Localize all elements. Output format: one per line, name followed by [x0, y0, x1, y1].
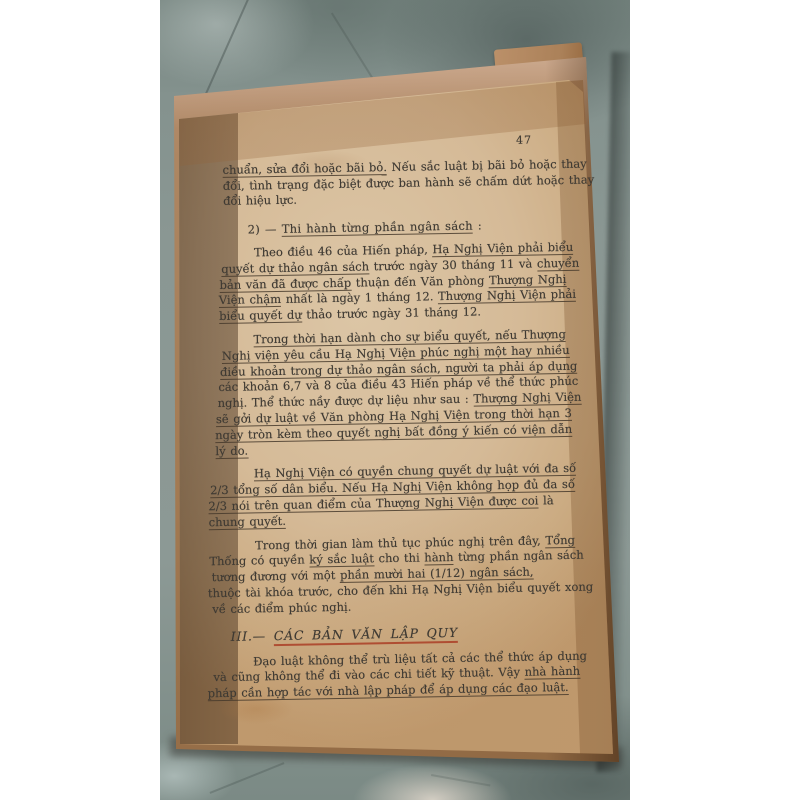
text-segment: Theo điều 46 của Hiến pháp, — [254, 242, 433, 259]
underlined-text: Thượng Nghị Viện — [473, 390, 581, 407]
page-number: 47 — [516, 132, 558, 149]
underlined-text: chung quyết. — [209, 514, 287, 530]
underlined-text: quyết dự thảo ngân sách — [221, 259, 369, 277]
text-segment: Nếu sắc luật bị bãi bỏ hoặc thay — [387, 156, 587, 173]
underlined-text: Thượng Nghị — [489, 272, 567, 288]
stone-crack — [431, 774, 490, 786]
text-line: III.— CÁC BẢN VĂN LẬP QUY — [231, 623, 567, 645]
underlined-text: hành — [424, 550, 453, 566]
text-segment: 2) — — [248, 222, 282, 237]
paragraph: Trong thời hạn dành cho sự biểu quyết, n… — [225, 327, 563, 459]
underlined-text: lý do. — [215, 443, 248, 459]
text-segment: III.— — [231, 628, 274, 644]
paragraph: Trong thời gian làm thủ tục phúc nghị tr… — [229, 533, 566, 618]
underlined-text: chuyển — [537, 256, 579, 272]
underlined-text: biểu quyết dự — [219, 308, 302, 324]
text-segment: Thống có quyền — [209, 553, 309, 569]
underlined-text: Hạ Nghị Viện phải biểu — [432, 240, 573, 257]
photo-of-book-on-stone: 47 chuẩn, sửa đổi hoặc bãi bỏ. Nếu sắc l… — [160, 0, 630, 800]
text-segment: là — [538, 493, 553, 507]
white-matte-right — [630, 0, 800, 800]
text-block: 47 chuẩn, sửa đổi hoặc bãi bỏ. Nếu sắc l… — [222, 132, 568, 702]
paragraph: III.— CÁC BẢN VĂN LẬP QUY — [231, 623, 567, 648]
underlined-text: Tổng — [545, 532, 575, 548]
paragraph: 2) — Thi hành từng phần ngân sách : — [224, 217, 560, 239]
underlined-text: CÁC BẢN VĂN LẬP QUY — [274, 624, 458, 646]
underlined-text: Thượng Nghị Viện phải — [438, 287, 576, 304]
text-segment: về các điểm phúc nghị. — [212, 599, 351, 615]
paragraph: Hạ Nghị Viện có quyền chung quyết dự luậ… — [228, 461, 565, 530]
underlined-text: nhà hành — [525, 664, 581, 680]
paragraph: Đạo luật không thể trù liệu tất cả các t… — [231, 649, 568, 702]
underlined-text: Thi hành từng phần ngân sách — [282, 219, 473, 237]
text-segment: trước ngày 30 tháng 11 và — [369, 256, 537, 273]
underlined-text: Viện chậm — [219, 292, 282, 308]
text-segment: tương đương với một — [212, 568, 341, 584]
paragraph: Theo điều 46 của Hiến pháp, Hạ Nghị Viện… — [224, 240, 561, 325]
paragraph: chuẩn, sửa đổi hoặc bãi bỏ. Nếu sắc luật… — [222, 157, 559, 210]
text-segment: thuận đến Văn phòng — [351, 273, 489, 289]
white-matte-left — [0, 0, 160, 800]
underlined-text: chuẩn, sửa đổi hoặc bãi bỏ. — [222, 160, 387, 178]
underlined-text: bản văn đã được chấp — [219, 275, 351, 292]
text-line: 2) — Thi hành từng phần ngân sách : — [248, 217, 560, 238]
text-segment: : — [473, 219, 482, 233]
stone-crack — [210, 762, 285, 794]
text-segment: từng phần ngân sách — [453, 548, 584, 564]
text-segment: nhất là ngày 1 tháng 12. — [281, 290, 438, 307]
text-segment: đổi hiệu lực. — [223, 193, 297, 208]
text-segment: cho thi — [374, 551, 425, 566]
underlined-text: ký sắc luật — [309, 552, 374, 568]
text-segment: thảo trước ngày 31 tháng 12. — [302, 305, 482, 322]
